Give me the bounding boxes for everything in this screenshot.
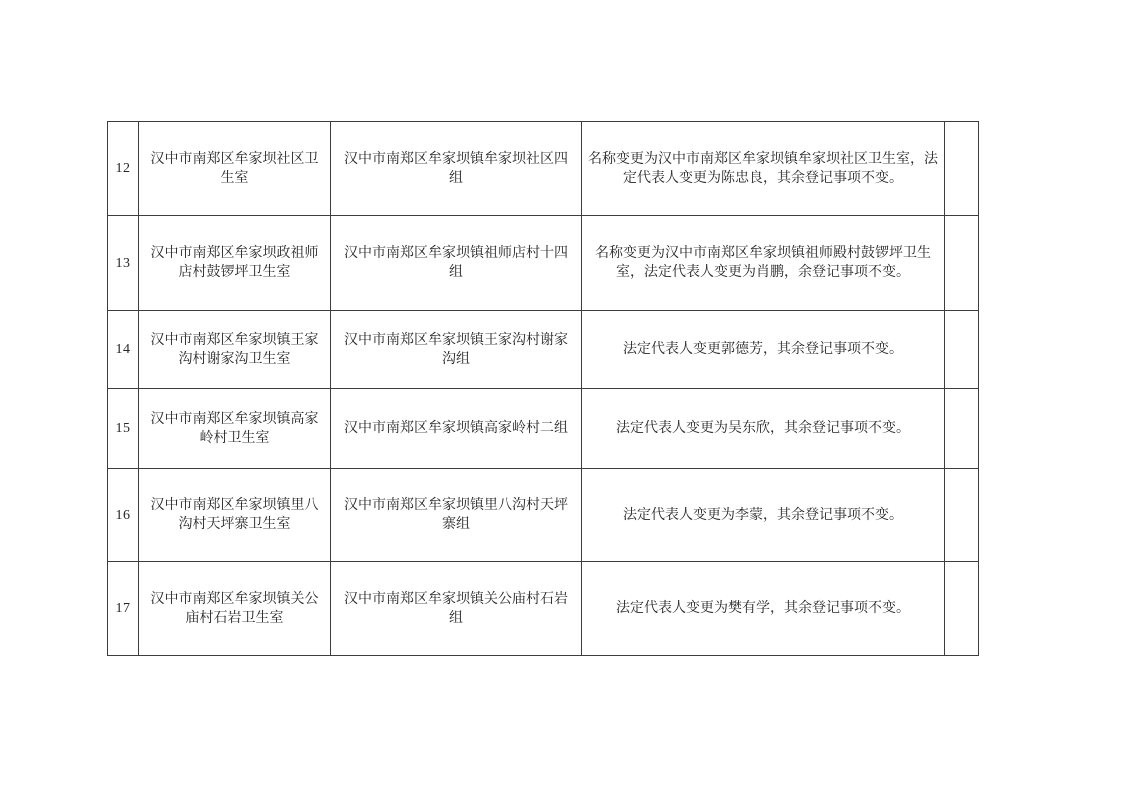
document-page: 12 汉中市南郑区牟家坝社区卫 生室 汉中市南郑区牟家坝镇牟家坝社区四 组 名称… <box>0 0 1121 792</box>
clinic-address-cell: 汉中市南郑区牟家坝镇高家岭村二组 <box>331 389 582 469</box>
change-description-cell: 名称变更为汉中市南郑区牟家坝镇祖师殿村鼓锣坪卫生 室，法定代表人变更为肖鹏，余登… <box>582 216 945 311</box>
clinic-name-cell: 汉中市南郑区牟家坝镇关公 庙村石岩卫生室 <box>139 562 331 656</box>
remark-cell <box>945 216 979 311</box>
row-number-cell: 14 <box>108 311 139 389</box>
row-number-cell: 16 <box>108 469 139 562</box>
clinic-name-cell: 汉中市南郑区牟家坝社区卫 生室 <box>139 122 331 216</box>
table-row: 14 汉中市南郑区牟家坝镇王家 沟村谢家沟卫生室 汉中市南郑区牟家坝镇王家沟村谢… <box>108 311 979 389</box>
remark-cell <box>945 469 979 562</box>
table-row: 13 汉中市南郑区牟家坝政祖师 店村鼓锣坪卫生室 汉中市南郑区牟家坝镇祖师店村十… <box>108 216 979 311</box>
row-number-cell: 15 <box>108 389 139 469</box>
row-number-cell: 17 <box>108 562 139 656</box>
row-number-cell: 13 <box>108 216 139 311</box>
clinic-address-cell: 汉中市南郑区牟家坝镇关公庙村石岩 组 <box>331 562 582 656</box>
clinic-address-cell: 汉中市南郑区牟家坝镇王家沟村谢家 沟组 <box>331 311 582 389</box>
change-description-cell: 法定代表人变更为李蒙，其余登记事项不变。 <box>582 469 945 562</box>
change-description-cell: 法定代表人变更郭德芳，其余登记事项不变。 <box>582 311 945 389</box>
clinic-address-cell: 汉中市南郑区牟家坝镇祖师店村十四 组 <box>331 216 582 311</box>
change-description-cell: 法定代表人变更为吴东欣，其余登记事项不变。 <box>582 389 945 469</box>
remark-cell <box>945 311 979 389</box>
clinic-name-cell: 汉中市南郑区牟家坝政祖师 店村鼓锣坪卫生室 <box>139 216 331 311</box>
table-row: 12 汉中市南郑区牟家坝社区卫 生室 汉中市南郑区牟家坝镇牟家坝社区四 组 名称… <box>108 122 979 216</box>
registration-change-table: 12 汉中市南郑区牟家坝社区卫 生室 汉中市南郑区牟家坝镇牟家坝社区四 组 名称… <box>107 121 979 656</box>
row-number-cell: 12 <box>108 122 139 216</box>
remark-cell <box>945 389 979 469</box>
clinic-address-cell: 汉中市南郑区牟家坝镇牟家坝社区四 组 <box>331 122 582 216</box>
table-row: 16 汉中市南郑区牟家坝镇里八 沟村天坪寨卫生室 汉中市南郑区牟家坝镇里八沟村天… <box>108 469 979 562</box>
table-row: 17 汉中市南郑区牟家坝镇关公 庙村石岩卫生室 汉中市南郑区牟家坝镇关公庙村石岩… <box>108 562 979 656</box>
remark-cell <box>945 562 979 656</box>
clinic-name-cell: 汉中市南郑区牟家坝镇高家 岭村卫生室 <box>139 389 331 469</box>
clinic-name-cell: 汉中市南郑区牟家坝镇里八 沟村天坪寨卫生室 <box>139 469 331 562</box>
remark-cell <box>945 122 979 216</box>
table-row: 15 汉中市南郑区牟家坝镇高家 岭村卫生室 汉中市南郑区牟家坝镇高家岭村二组 法… <box>108 389 979 469</box>
change-description-cell: 法定代表人变更为樊有学，其余登记事项不变。 <box>582 562 945 656</box>
clinic-name-cell: 汉中市南郑区牟家坝镇王家 沟村谢家沟卫生室 <box>139 311 331 389</box>
change-description-cell: 名称变更为汉中市南郑区牟家坝镇牟家坝社区卫生室，法 定代表人变更为陈忠良，其余登… <box>582 122 945 216</box>
clinic-address-cell: 汉中市南郑区牟家坝镇里八沟村天坪 寨组 <box>331 469 582 562</box>
